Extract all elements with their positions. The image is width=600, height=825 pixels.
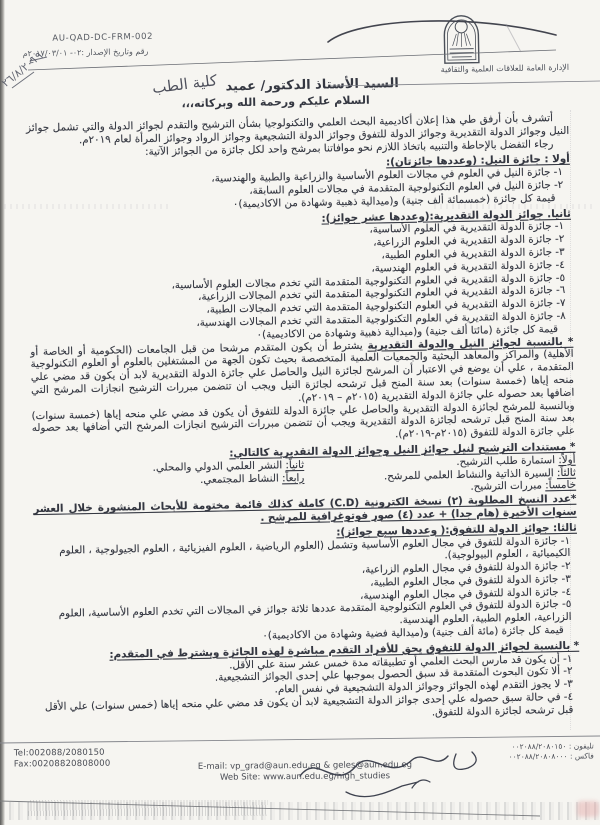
letter-body: أتشرف بأن أرفق طي هذا إعلان أكاديمية الب… [26,112,581,727]
footer-contact-en: Tel:002088/2080150 Fax:00208820808000 [14,748,111,771]
letter-content: AU-QAD-DC-FRM-002 رقم وتاريخ الإصدار :٠٢… [0,0,600,825]
tel-en: Tel:002088/2080150 [14,748,111,760]
fax-ar: فاكس : ٠٠٢٠٨٨/٢٠٨٠٨٠٠٠ [509,751,594,762]
footer-web-email: E-mail: vp_grad@aun.edu.eg & geles@aun.e… [160,760,450,785]
handwritten-mark: ٤ [29,55,35,66]
handwritten-faculty-name: كلية الطب [151,71,218,97]
form-code: AU-QAD-DC-FRM-002 [52,32,153,44]
note-rest: يشترط أن يكون المتقدم مرشحا من قبل الجام… [30,339,574,404]
footer-contact-ar: تليفون : ٠٠٢٠٨٨/٢٠٨٠١٥٠ فاكس : ٠٠٢٠٨٨/٢٠… [508,741,593,762]
nile-appreciation-note: * بالنسبة لجوائز النيل والدولة التقديرية… [30,335,574,409]
recipient-title: السيد الأستاذ الدكتور/ عميد [225,76,399,94]
ordinal: ثالثاً: [557,466,576,478]
document-text: مبررات الترشيح. [470,480,545,493]
ordinal: أولاً: [558,453,575,465]
document-item: رابعاً: النشاط المجتمعي. [200,471,304,486]
scan-pink-mark [577,801,599,817]
document-text: استمارة طلب الترشيح. [456,454,558,468]
fax-en: Fax:00208820808000 [14,759,111,771]
university-emblem-icon [440,11,483,66]
scanned-letter-page: AU-QAD-DC-FRM-002 رقم وتاريخ الإصدار :٠٢… [0,0,600,825]
document-text: النشاط المجتمعي. [200,472,282,486]
department-name: الإدارة العامة للعلاقات العلمية والثقافي… [441,63,569,74]
scan-bottom-smudge-dark [28,800,268,816]
ordinal: خامساً: [545,479,576,492]
ordinal: رابعاً: [282,471,305,483]
ordinal: ثانياً: [285,459,304,471]
